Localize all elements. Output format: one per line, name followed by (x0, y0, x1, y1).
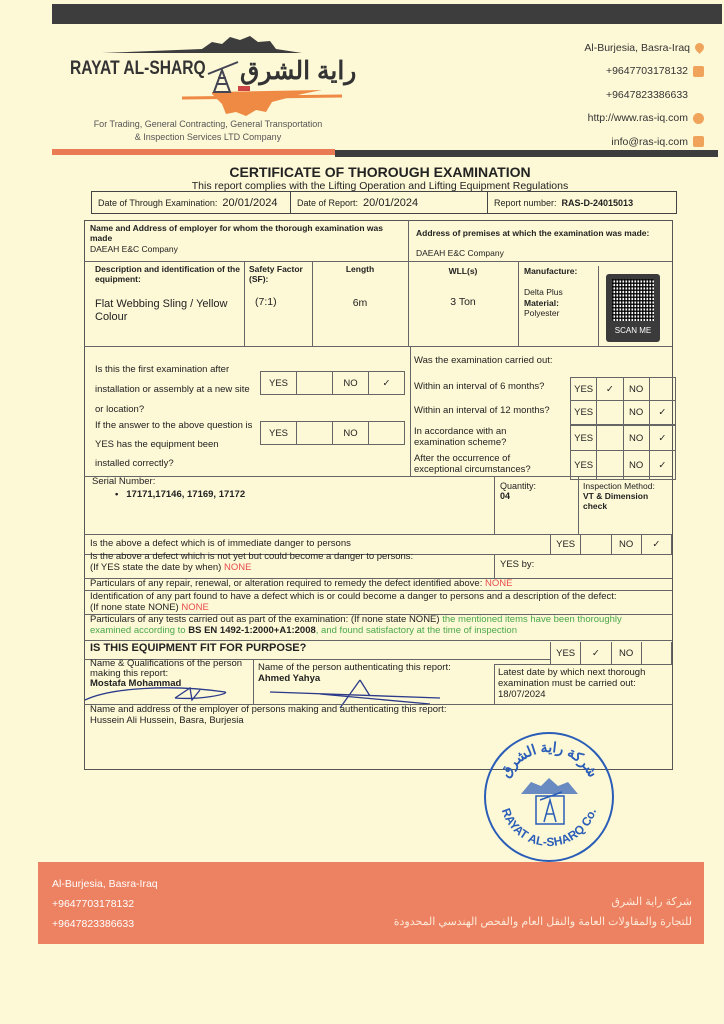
certificate-title: CERTIFICATE OF THOROUGH EXAMINATION (80, 164, 680, 180)
future-danger-sub: (If YES state the date by when) (90, 562, 221, 573)
yes-checkbox[interactable]: ✓ (581, 642, 611, 664)
header-divider-orange (52, 149, 335, 155)
no-label: NO (624, 378, 650, 400)
company-tagline: For Trading, General Contracting, Genera… (68, 118, 348, 144)
no-label: NO (333, 422, 369, 444)
yes-label: YES (261, 422, 297, 444)
phone-icon (693, 66, 704, 77)
no-checkbox[interactable]: ✓ (642, 535, 671, 554)
header-top-bar (52, 4, 722, 24)
no-label: NO (624, 426, 650, 450)
yes-checkbox[interactable] (597, 426, 623, 450)
reporter-employer-label: Name and address of the employer of pers… (90, 704, 446, 715)
inspection-method-value: VT & Dimension check (583, 491, 671, 511)
future-danger-value: NONE (224, 562, 251, 573)
manufacture-label: Manufacture: (524, 266, 599, 276)
exam-carried-out-heading: Was the examination carried out: (414, 355, 553, 366)
exam-date-label: Date of Through Examination: (98, 198, 217, 208)
repair-value: NONE (485, 578, 512, 589)
repair-label: Particulars of any repair, renewal, or a… (90, 578, 482, 589)
premises-cell: Address of premises at which the examina… (416, 228, 671, 258)
location-pin-icon (693, 41, 706, 54)
tests-standard: BS EN 1492-1:2000+A1:2008 (188, 625, 316, 636)
contact-phone-1: +9647703178132 (524, 60, 704, 84)
footer-address: Al-Burjesia, Basra-Iraq (52, 874, 158, 894)
tests-value-end: , and found satisfactory at the time of … (316, 625, 517, 636)
yes-label: YES (261, 372, 297, 394)
yes-by-label: YES by: (500, 559, 534, 570)
address-text: Al-Burjesia, Basra-Iraq (584, 42, 690, 54)
serial-value: • 17171,17146, 17169, 17172 (115, 489, 245, 500)
company-name-ar: راية الشرق (240, 56, 356, 86)
yes-checkbox[interactable]: ✓ (597, 378, 623, 400)
yes-checkbox[interactable] (581, 535, 611, 554)
immediate-danger-yes-no: YES NO ✓ (550, 535, 672, 554)
report-number-cell: Report number:RAS-D-24015013 (488, 192, 676, 213)
footer-band: Al-Burjesia, Basra-Iraq +9647703178132 +… (38, 862, 704, 944)
yes-checkbox[interactable] (597, 451, 623, 479)
mail-icon (693, 136, 704, 147)
footer-arabic: شركة راية الشرق للتجارة والمقاولات العام… (394, 892, 692, 932)
footer-contact: Al-Burjesia, Basra-Iraq +9647703178132 +… (52, 874, 158, 934)
footer-ar-line-2: للتجارة والمقاولات العامة والنقل العام و… (394, 912, 692, 932)
reporter-employer-value: Hussein Ali Hussein, Basra, Burjesia (90, 715, 446, 726)
report-date-cell: Date of Report:20/01/2024 (291, 192, 488, 213)
yes-label: YES (571, 378, 597, 400)
future-danger-cell: Is the above a defect which is not yet b… (90, 551, 413, 573)
spacer (693, 89, 704, 100)
email-link[interactable]: info@ras-iq.com (611, 136, 688, 148)
length-value: 6m (312, 297, 408, 309)
report-number-value: RAS-D-24015013 (562, 198, 634, 208)
safety-factor-label: Safety Factor (SF): (249, 264, 309, 284)
no-checkbox[interactable]: ✓ (650, 426, 675, 450)
qr-code[interactable]: SCAN ME (606, 274, 660, 342)
phone-text: +9647703178132 (606, 65, 688, 77)
no-label: NO (333, 372, 369, 394)
yes-checkbox[interactable] (297, 372, 333, 394)
six-months-yes-no: YES ✓ NO (570, 377, 676, 401)
part-defect-label: Identification of any part found to have… (90, 591, 617, 602)
yes-checkbox[interactable] (597, 401, 623, 424)
header-divider-dark (335, 150, 718, 157)
no-checkbox[interactable]: ✓ (369, 372, 404, 394)
inspection-method-label: Inspection Method: (583, 481, 671, 491)
company-name-en: RAYAT AL-SHARQ (70, 58, 206, 80)
length-label: Length (312, 264, 408, 274)
contact-block: Al-Burjesia, Basra-Iraq +9647703178132 +… (524, 36, 704, 154)
contact-phone-2: +9647823386633 (524, 83, 704, 107)
no-label: NO (624, 401, 650, 424)
footer-phone-1: +9647703178132 (52, 894, 158, 914)
immediate-danger-label: Is the above a defect which is of immedi… (90, 538, 351, 549)
maker-label: Name & Qualifications of the person maki… (90, 659, 250, 679)
tagline-line-2: & Inspection Services LTD Company (68, 131, 348, 144)
wll-cell: WLL(s) 3 Ton (408, 266, 518, 308)
no-checkbox[interactable] (650, 378, 675, 400)
inspection-method-cell: Inspection Method: VT & Dimension check (583, 481, 671, 511)
exam-date-value: 20/01/2024 (222, 197, 277, 209)
part-defect-sub: (If none state NONE) (90, 602, 179, 613)
question-exam-scheme: In accordance with an examination scheme… (414, 426, 544, 448)
phone-text: +9647823386633 (606, 89, 688, 101)
footer-phone-2: +9647823386633 (52, 914, 158, 934)
report-number-label: Report number: (494, 198, 557, 208)
fit-for-purpose-label: IS THIS EQUIPMENT FIT FOR PURPOSE? (90, 642, 306, 654)
employer-cell: Name and Address of employer for whom th… (90, 223, 400, 254)
svg-text:RAYAT AL-SHARQ Co.: RAYAT AL-SHARQ Co. (499, 806, 599, 849)
premises-value: DAEAH E&C Company (416, 248, 671, 258)
footer-ar-line-1: شركة راية الشرق (394, 892, 692, 912)
exam-date-cell: Date of Through Examination:20/01/2024 (92, 192, 291, 213)
part-defect-cell: Identification of any part found to have… (90, 591, 617, 613)
repair-cell: Particulars of any repair, renewal, or a… (90, 578, 512, 589)
serial-numbers: 17171,17146, 17169, 17172 (126, 489, 245, 500)
next-exam-label: Latest date by which next thorough exami… (498, 667, 668, 689)
manufacture-cell: Manufacture: Delta Plus Material: Polyes… (524, 266, 599, 318)
equipment-desc-label: Description and identification of the eq… (95, 264, 240, 284)
safety-factor-cell: Safety Factor (SF): (7:1) (249, 264, 309, 308)
wll-value: 3 Ton (408, 296, 518, 308)
employer-label: Name and Address of employer for whom th… (90, 223, 400, 243)
question-12-months: Within an interval of 12 months? (414, 405, 550, 416)
question-exceptional: After the occurrence of exceptional circ… (414, 453, 549, 475)
company-stamp: شركة راية الشرق RAYAT AL-SHARQ Co. (484, 732, 614, 862)
part-defect-value: NONE (181, 602, 208, 613)
yes-label: YES (571, 451, 597, 479)
no-checkbox[interactable]: ✓ (650, 401, 675, 424)
serial-label: Serial Number: (92, 476, 155, 487)
svg-text:شركة راية الشرق: شركة راية الشرق (497, 739, 602, 780)
employer-value: DAEAH E&C Company (90, 244, 400, 254)
premises-label: Address of premises at which the examina… (416, 228, 671, 238)
manufacture-value: Delta Plus (524, 287, 599, 297)
twelve-months-yes-no: YES NO ✓ (570, 401, 676, 425)
no-label: NO (612, 642, 642, 664)
fit-for-purpose-yes-no: YES ✓ NO (550, 642, 672, 664)
first-exam-yes-no: YES NO ✓ (260, 371, 405, 395)
wll-label: WLL(s) (408, 266, 518, 276)
yes-label: YES (571, 426, 597, 450)
quantity-label: Quantity: (500, 481, 536, 491)
question-first-exam: Is this the first examination after inst… (95, 360, 255, 420)
qr-scan-label: SCAN ME (606, 326, 660, 335)
tests-cell: Particulars of any tests carried out as … (90, 614, 665, 636)
no-checkbox[interactable] (369, 422, 404, 444)
reporter-employer-cell: Name and address of the employer of pers… (90, 704, 446, 726)
no-checkbox[interactable] (642, 642, 671, 664)
website-link[interactable]: http://www.ras-iq.com (588, 112, 688, 124)
authenticator-label: Name of the person authenticating this r… (258, 662, 451, 673)
quantity-cell: Quantity: 04 (500, 481, 536, 501)
yes-label: YES (551, 642, 581, 664)
date-box: Date of Through Examination:20/01/2024 D… (91, 191, 677, 214)
equipment-desc-cell: Description and identification of the eq… (95, 264, 240, 324)
material-label: Material: (524, 298, 599, 308)
contact-website: http://www.ras-iq.com (524, 107, 704, 131)
equipment-desc-value: Flat Webbing Sling / Yellow Colour (95, 298, 240, 324)
length-cell: Length 6m (312, 264, 408, 309)
report-date-value: 20/01/2024 (363, 197, 418, 209)
quantity-value: 04 (500, 491, 536, 501)
no-label: NO (612, 535, 642, 554)
contact-address: Al-Burjesia, Basra-Iraq (524, 36, 704, 60)
tests-label: Particulars of any tests carried out as … (90, 614, 440, 625)
installed-correctly-yes-no: YES NO (260, 421, 405, 445)
question-installed-correctly: If the answer to the above question is Y… (95, 416, 255, 473)
yes-label: YES (571, 401, 597, 424)
next-exam-date: 18/07/2024 (498, 689, 668, 700)
no-checkbox[interactable]: ✓ (650, 451, 675, 479)
qr-code-icon (612, 279, 654, 321)
next-exam-cell: Latest date by which next thorough exami… (498, 667, 668, 700)
future-danger-label: Is the above a defect which is not yet b… (90, 551, 413, 562)
yes-label: YES (551, 535, 581, 554)
tagline-line-1: For Trading, General Contracting, Genera… (68, 118, 348, 131)
report-date-label: Date of Report: (297, 198, 358, 208)
safety-factor-value: (7:1) (249, 296, 309, 308)
yes-checkbox[interactable] (297, 422, 333, 444)
material-value: Polyester (524, 308, 599, 318)
question-6-months: Within an interval of 6 months? (414, 381, 544, 392)
web-icon (693, 113, 704, 124)
no-label: NO (624, 451, 650, 479)
exam-scheme-yes-no: YES NO ✓ (570, 425, 676, 451)
stamp-emblem-icon: شركة راية الشرق RAYAT AL-SHARQ Co. (486, 734, 612, 860)
